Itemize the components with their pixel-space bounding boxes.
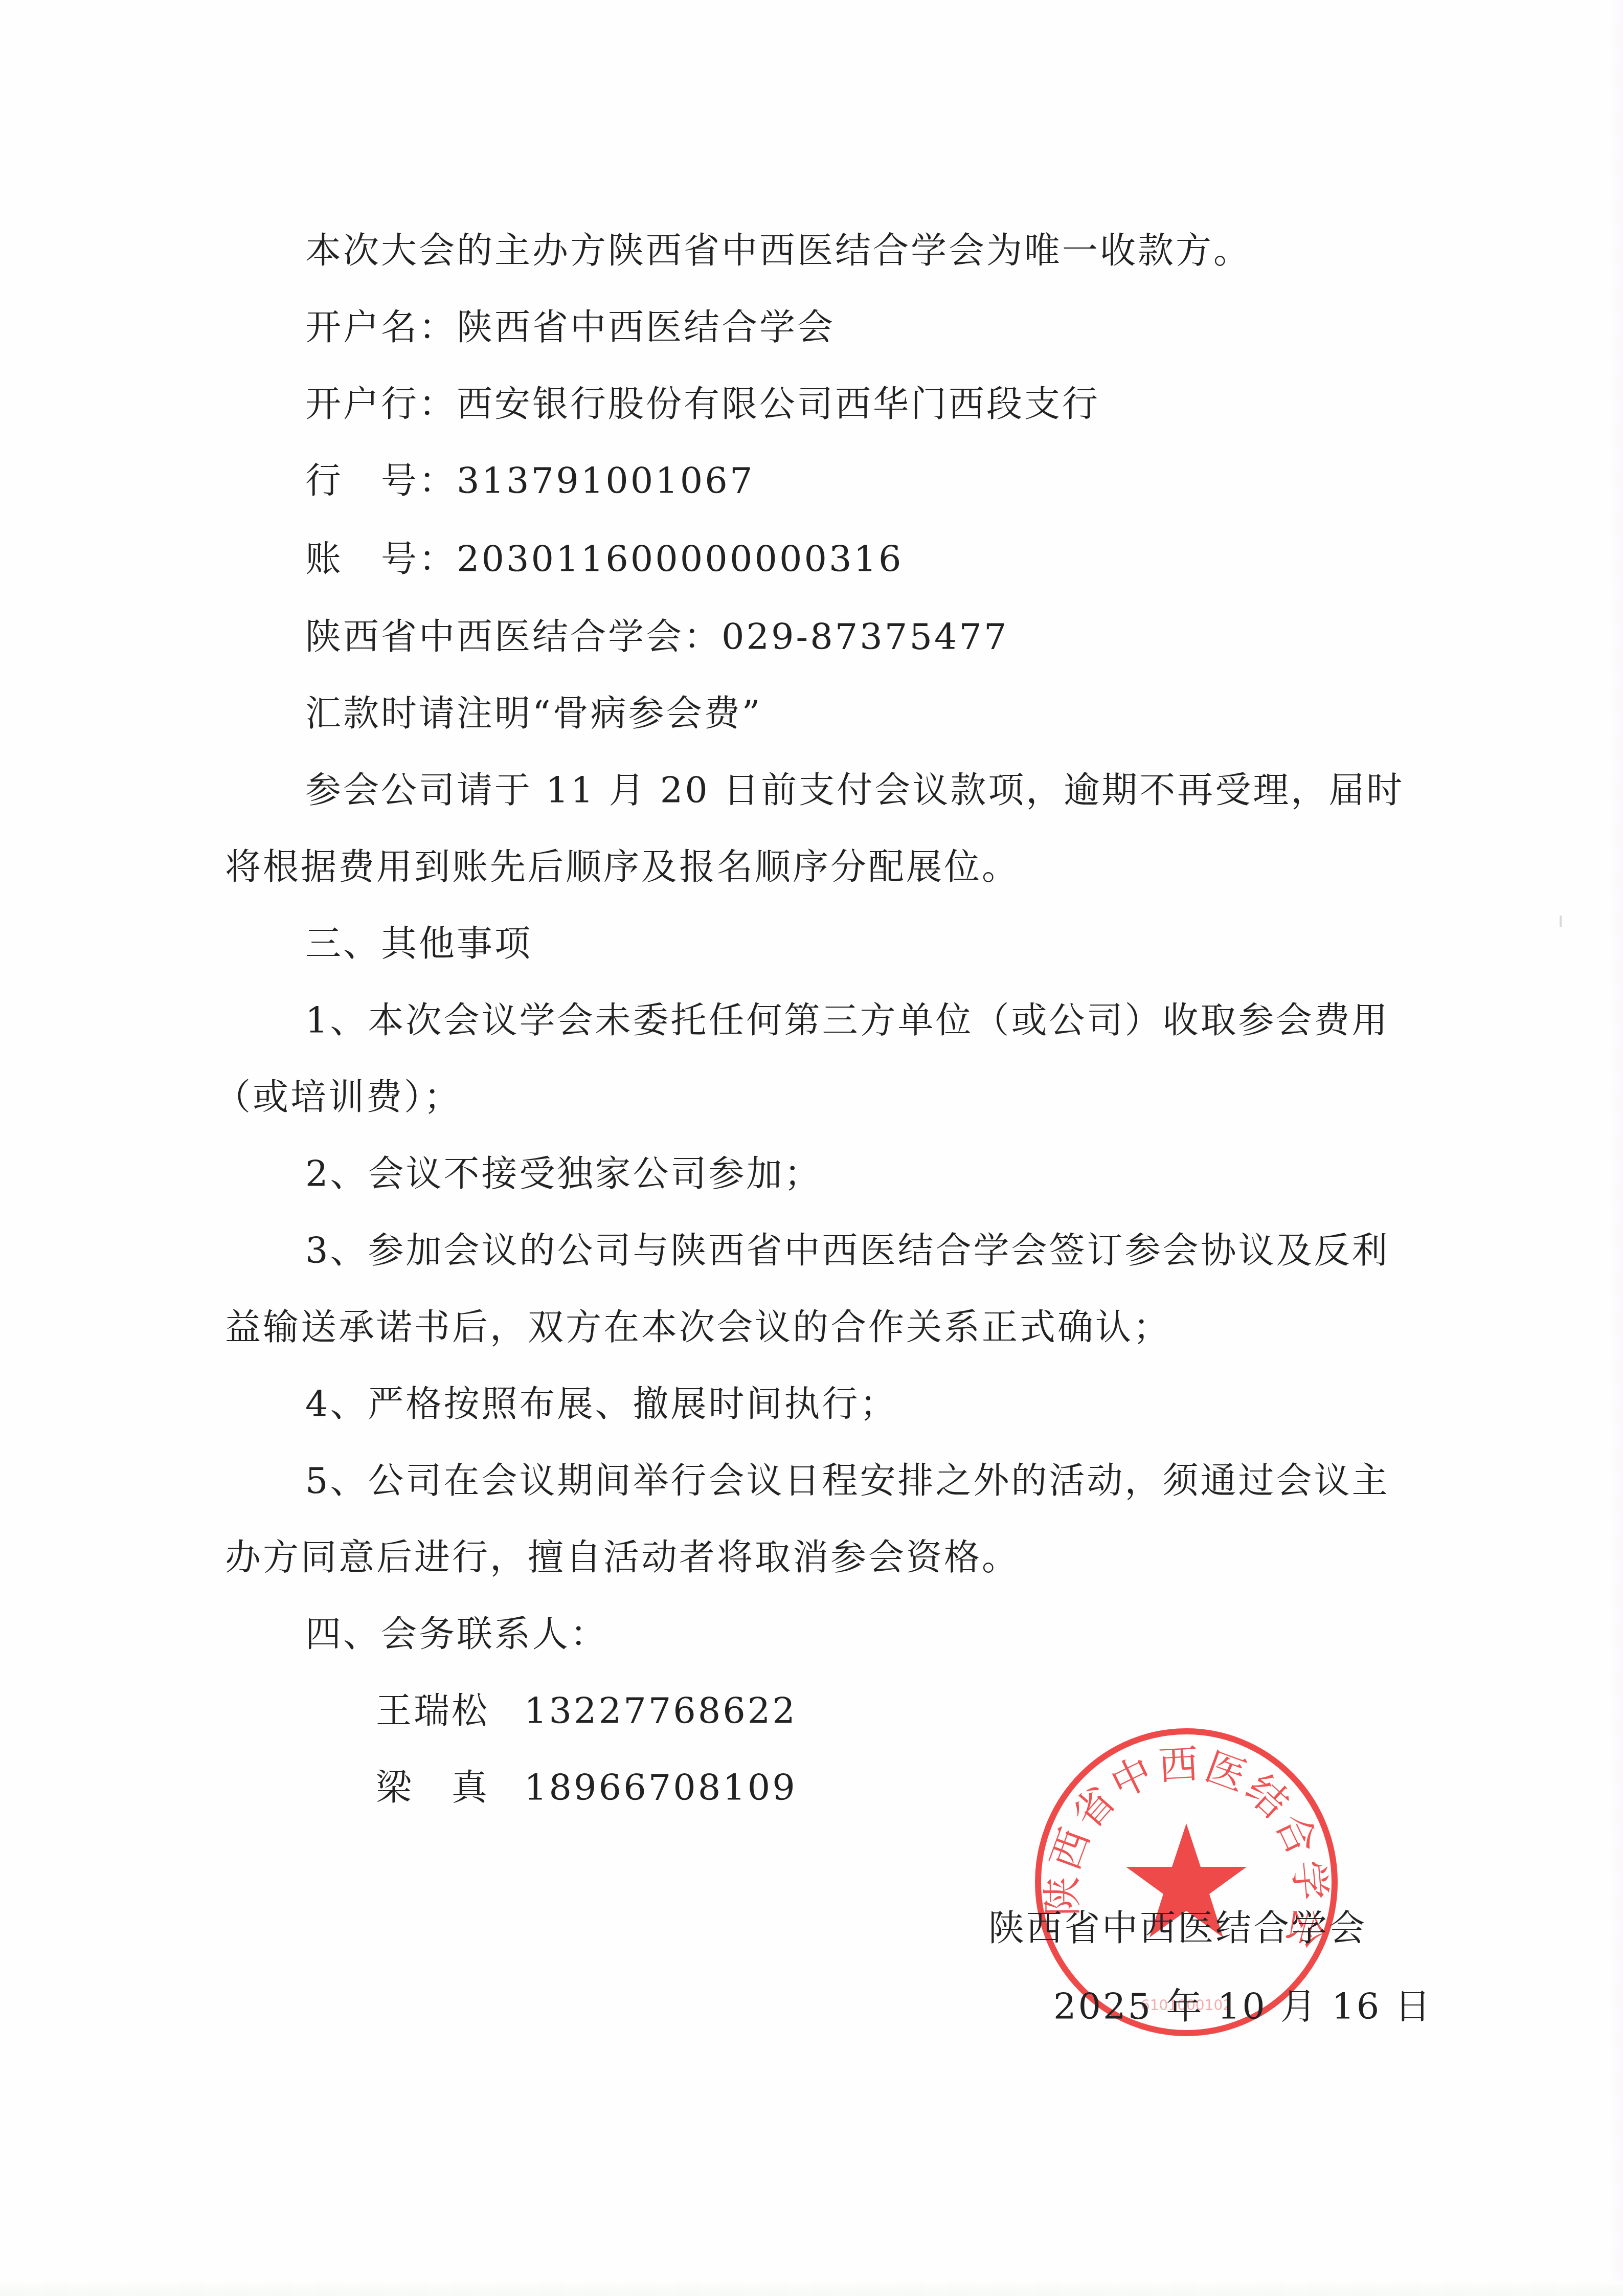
item-5-line-2: 办方同意后进行，擅自活动者将取消参会资格。 [225,1534,1020,1580]
item-4: 4、严格按照布展、撤展时间执行； [305,1381,898,1427]
account-number: 账 号：203011600000000316 [305,536,904,582]
item-2: 2、会议不接受独家公司参加； [305,1151,822,1197]
document-page: 本次大会的主办方陕西省中西医结合学会为唯一收款方。 开户名：陕西省中西医结合学会… [0,0,1623,2296]
signature-organization: 陕西省中西医结合学会 [988,1905,1367,1951]
bank-name: 开户行：西安银行股份有限公司西华门西段支行 [305,381,1100,427]
contact-phone-number: 18966708109 [524,1767,797,1809]
scan-edge-right [1612,0,1623,2296]
deadline-line-1: 参会公司请于 11 月 20 日前支付会议款项，逾期不再受理，届时 [305,767,1404,813]
item-3-line-1: 3、参加会议的公司与陕西省中西医结合学会签订参会协议及反利 [305,1228,1390,1274]
item-3-line-2: 益输送承诺书后，双方在本次会议的合作关系正式确认； [225,1304,1171,1350]
remittance-remark: 汇款时请注明“骨病参会费” [305,690,762,737]
section-4-title: 四、会务联系人： [305,1611,608,1657]
contact-phone: 陕西省中西医结合学会：029-87375477 [305,614,1009,660]
section-3-title: 三、其他事项 [305,921,532,967]
contact-phone-number: 13227768622 [524,1690,797,1732]
item-1-line-2: （或培训费）； [215,1074,462,1120]
item-5-line-1: 5、公司在会议期间举行会议日程安排之外的活动，须通过会议主 [305,1458,1390,1504]
contact-row: 梁 真18966708109 [376,1765,797,1811]
scan-edge-bottom [0,2281,1623,2296]
item-1-line-1: 1、本次会议学会未委托任何第三方单位（或公司）收取参会费用 [305,997,1390,1043]
scan-speck [1560,916,1562,927]
bank-code: 行 号：313791001067 [305,458,754,504]
account-name: 开户名：陕西省中西医结合学会 [305,304,835,350]
payment-intro: 本次大会的主办方陕西省中西医结合学会为唯一收款方。 [305,228,1251,274]
contact-name: 梁 真 [376,1765,524,1811]
signature-date: 2025 年 10 月 16 日 [1053,1983,1433,2030]
deadline-line-2: 将根据费用到账先后顺序及报名顺序分配展位。 [225,844,1020,890]
contact-name: 王瑞松 [376,1688,524,1734]
contact-row: 王瑞松13227768622 [376,1688,797,1734]
